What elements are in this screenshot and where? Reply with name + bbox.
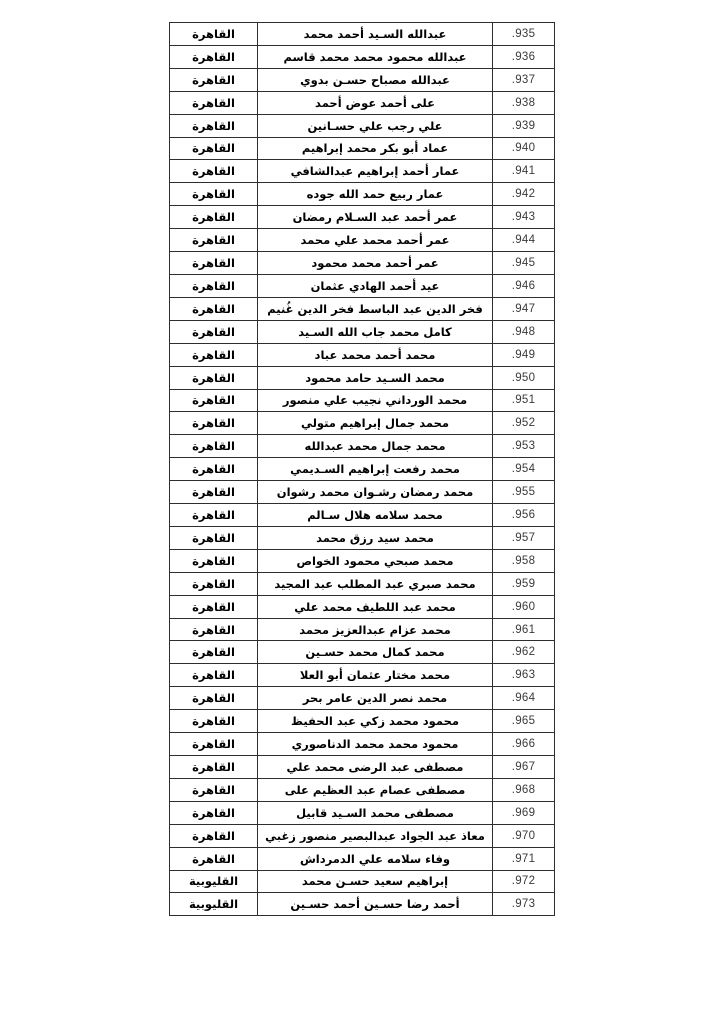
person-name-cell: عبدالله السـيد أحمد محمد [258, 23, 493, 46]
governorate-cell: القاهرة [170, 664, 258, 687]
governorate-cell: القاهرة [170, 274, 258, 297]
serial-number-cell: .936 [493, 45, 555, 68]
document-page: .935 عبدالله السـيد أحمد محمد القاهرة .9… [0, 0, 720, 1018]
table-row: .973 أحمد رضا حسـين أحمد حسـين القليوبية [170, 893, 555, 916]
table-row: .963 محمد مختار عثمان أبو العلا القاهرة [170, 664, 555, 687]
table-row: .945 عمر أحمد محمد محمود القاهرة [170, 252, 555, 275]
serial-number-cell: .952 [493, 412, 555, 435]
table-row: .971 وفاء سلامه علي الدمرداش القاهرة [170, 847, 555, 870]
person-name-cell: عبدالله محمود محمد محمد قاسم [258, 45, 493, 68]
person-name-cell: مصطفى محمد السـيد قابيل [258, 801, 493, 824]
serial-number-cell: .938 [493, 91, 555, 114]
governorate-cell: القاهرة [170, 687, 258, 710]
table-row: .961 محمد عزام عبدالعزيز محمد القاهرة [170, 618, 555, 641]
table-row: .969 مصطفى محمد السـيد قابيل القاهرة [170, 801, 555, 824]
person-name-cell: عيد أحمد الهادي عثمان [258, 274, 493, 297]
governorate-cell: القاهرة [170, 481, 258, 504]
person-name-cell: عبدالله مصباح حسـن بدوي [258, 68, 493, 91]
table-row: .939 علي رجب علي حسـانين القاهرة [170, 114, 555, 137]
table-row: .958 محمد صبحي محمود الخواص القاهرة [170, 549, 555, 572]
table-row: .936 عبدالله محمود محمد محمد قاسم القاهر… [170, 45, 555, 68]
person-name-cell: معاذ عبد الجواد عبدالبصير منصور زغبي [258, 824, 493, 847]
serial-number-cell: .969 [493, 801, 555, 824]
table-row: .937 عبدالله مصباح حسـن بدوي القاهرة [170, 68, 555, 91]
serial-number-cell: .967 [493, 756, 555, 779]
serial-number-cell: .956 [493, 504, 555, 527]
governorate-cell: القاهرة [170, 824, 258, 847]
serial-number-cell: .970 [493, 824, 555, 847]
person-name-cell: وفاء سلامه علي الدمرداش [258, 847, 493, 870]
person-name-cell: محمد مختار عثمان أبو العلا [258, 664, 493, 687]
person-name-cell: محمد رفعت إبراهيم السـديمي [258, 458, 493, 481]
table-row: .935 عبدالله السـيد أحمد محمد القاهرة [170, 23, 555, 46]
governorate-cell: القاهرة [170, 366, 258, 389]
table-row: .964 محمد نصر الدين عامر بحر القاهرة [170, 687, 555, 710]
serial-number-cell: .965 [493, 710, 555, 733]
person-name-cell: محمد الورداني نجيب علي منصور [258, 389, 493, 412]
person-name-cell: عمر أحمد محمد محمود [258, 252, 493, 275]
serial-number-cell: .973 [493, 893, 555, 916]
serial-number-cell: .968 [493, 778, 555, 801]
governorate-cell: القاهرة [170, 847, 258, 870]
governorate-cell: القليوبية [170, 870, 258, 893]
governorate-cell: القاهرة [170, 229, 258, 252]
governorate-cell: القاهرة [170, 595, 258, 618]
table-row: .957 محمد سيد رزق محمد القاهرة [170, 526, 555, 549]
serial-number-cell: .960 [493, 595, 555, 618]
governorate-cell: القاهرة [170, 458, 258, 481]
serial-number-cell: .959 [493, 572, 555, 595]
governorate-cell: القاهرة [170, 710, 258, 733]
person-name-cell: محمود محمد محمد الدناصوري [258, 733, 493, 756]
person-name-cell: محمد جمال إبراهيم متولي [258, 412, 493, 435]
table-row: .965 محمود محمد زكي عبد الحفيظ القاهرة [170, 710, 555, 733]
governorate-cell: القاهرة [170, 297, 258, 320]
governorate-cell: القاهرة [170, 320, 258, 343]
serial-number-cell: .947 [493, 297, 555, 320]
person-name-cell: فخر الدين عبد الباسط فخر الدين غُنيم [258, 297, 493, 320]
table-body: .935 عبدالله السـيد أحمد محمد القاهرة .9… [170, 23, 555, 916]
serial-number-cell: .937 [493, 68, 555, 91]
table-row: .967 مصطفى عبد الرضى محمد علي القاهرة [170, 756, 555, 779]
governorate-cell: القاهرة [170, 252, 258, 275]
serial-number-cell: .964 [493, 687, 555, 710]
person-name-cell: محمد نصر الدين عامر بحر [258, 687, 493, 710]
serial-number-cell: .957 [493, 526, 555, 549]
serial-number-cell: .942 [493, 183, 555, 206]
table-row: .947 فخر الدين عبد الباسط فخر الدين غُني… [170, 297, 555, 320]
person-name-cell: محمد صبحي محمود الخواص [258, 549, 493, 572]
person-name-cell: محمد كمال محمد حسـين [258, 641, 493, 664]
serial-number-cell: .953 [493, 435, 555, 458]
table-row: .948 كامل محمد جاب الله السـيد القاهرة [170, 320, 555, 343]
serial-number-cell: .944 [493, 229, 555, 252]
person-name-cell: على أحمد عوض أحمد [258, 91, 493, 114]
person-name-cell: محمد السـيد حامد محمود [258, 366, 493, 389]
person-name-cell: مصطفى عبد الرضى محمد علي [258, 756, 493, 779]
person-name-cell: مصطفى عصام عبد العظيم على [258, 778, 493, 801]
person-name-cell: محمد جمال محمد عبدالله [258, 435, 493, 458]
person-name-cell: محمد رمضان رشـوان محمد رشوان [258, 481, 493, 504]
table-row: .950 محمد السـيد حامد محمود القاهرة [170, 366, 555, 389]
governorate-cell: القليوبية [170, 893, 258, 916]
person-name-cell: محمد صبري عبد المطلب عبد المجيد [258, 572, 493, 595]
serial-number-cell: .941 [493, 160, 555, 183]
serial-number-cell: .958 [493, 549, 555, 572]
person-name-cell: كامل محمد جاب الله السـيد [258, 320, 493, 343]
table-row: .946 عيد أحمد الهادي عثمان القاهرة [170, 274, 555, 297]
serial-number-cell: .955 [493, 481, 555, 504]
person-name-cell: أحمد رضا حسـين أحمد حسـين [258, 893, 493, 916]
governorate-cell: القاهرة [170, 618, 258, 641]
person-name-cell: محمد عبد اللطيف محمد علي [258, 595, 493, 618]
serial-number-cell: .950 [493, 366, 555, 389]
governorate-cell: القاهرة [170, 343, 258, 366]
serial-number-cell: .962 [493, 641, 555, 664]
governorate-cell: القاهرة [170, 183, 258, 206]
serial-number-cell: .940 [493, 137, 555, 160]
serial-number-cell: .935 [493, 23, 555, 46]
governorate-cell: القاهرة [170, 572, 258, 595]
serial-number-cell: .943 [493, 206, 555, 229]
person-name-cell: محمود محمد زكي عبد الحفيظ [258, 710, 493, 733]
table-row: .959 محمد صبري عبد المطلب عبد المجيد الق… [170, 572, 555, 595]
governorate-cell: القاهرة [170, 206, 258, 229]
governorate-cell: القاهرة [170, 435, 258, 458]
serial-number-cell: .971 [493, 847, 555, 870]
governorate-cell: القاهرة [170, 45, 258, 68]
table-row: .951 محمد الورداني نجيب علي منصور القاهر… [170, 389, 555, 412]
governorate-cell: القاهرة [170, 733, 258, 756]
serial-number-cell: .966 [493, 733, 555, 756]
serial-number-cell: .951 [493, 389, 555, 412]
person-name-cell: عمر أحمد محمد علي محمد [258, 229, 493, 252]
governorate-cell: القاهرة [170, 801, 258, 824]
names-roster-table: .935 عبدالله السـيد أحمد محمد القاهرة .9… [169, 22, 555, 916]
table-row: .938 على أحمد عوض أحمد القاهرة [170, 91, 555, 114]
governorate-cell: القاهرة [170, 412, 258, 435]
table-row: .960 محمد عبد اللطيف محمد علي القاهرة [170, 595, 555, 618]
table-row: .970 معاذ عبد الجواد عبدالبصير منصور زغب… [170, 824, 555, 847]
serial-number-cell: .972 [493, 870, 555, 893]
governorate-cell: القاهرة [170, 549, 258, 572]
person-name-cell: محمد أحمد محمد عباد [258, 343, 493, 366]
serial-number-cell: .948 [493, 320, 555, 343]
governorate-cell: القاهرة [170, 23, 258, 46]
governorate-cell: القاهرة [170, 778, 258, 801]
governorate-cell: القاهرة [170, 504, 258, 527]
governorate-cell: القاهرة [170, 756, 258, 779]
person-name-cell: محمد عزام عبدالعزيز محمد [258, 618, 493, 641]
person-name-cell: عمر أحمد عبد السـلام رمضان [258, 206, 493, 229]
table-row: .940 عماد أبو بكر محمد إبراهيم القاهرة [170, 137, 555, 160]
serial-number-cell: .946 [493, 274, 555, 297]
governorate-cell: القاهرة [170, 91, 258, 114]
serial-number-cell: .963 [493, 664, 555, 687]
table-row: .944 عمر أحمد محمد علي محمد القاهرة [170, 229, 555, 252]
person-name-cell: محمد سيد رزق محمد [258, 526, 493, 549]
person-name-cell: علي رجب علي حسـانين [258, 114, 493, 137]
governorate-cell: القاهرة [170, 68, 258, 91]
table-row: .966 محمود محمد محمد الدناصوري القاهرة [170, 733, 555, 756]
person-name-cell: محمد سلامه هلال سـالم [258, 504, 493, 527]
person-name-cell: إبراهيم سعيد حسـن محمد [258, 870, 493, 893]
governorate-cell: القاهرة [170, 114, 258, 137]
table-row: .955 محمد رمضان رشـوان محمد رشوان القاهر… [170, 481, 555, 504]
table-row: .949 محمد أحمد محمد عباد القاهرة [170, 343, 555, 366]
table-row: .941 عمار أحمد إبراهيم عبدالشافي القاهرة [170, 160, 555, 183]
table-row: .942 عمار ربيع حمد الله جوده القاهرة [170, 183, 555, 206]
serial-number-cell: .961 [493, 618, 555, 641]
table-row: .952 محمد جمال إبراهيم متولي القاهرة [170, 412, 555, 435]
person-name-cell: عمار أحمد إبراهيم عبدالشافي [258, 160, 493, 183]
governorate-cell: القاهرة [170, 641, 258, 664]
person-name-cell: عماد أبو بكر محمد إبراهيم [258, 137, 493, 160]
table-row: .972 إبراهيم سعيد حسـن محمد القليوبية [170, 870, 555, 893]
governorate-cell: القاهرة [170, 137, 258, 160]
governorate-cell: القاهرة [170, 389, 258, 412]
governorate-cell: القاهرة [170, 160, 258, 183]
table-row: .943 عمر أحمد عبد السـلام رمضان القاهرة [170, 206, 555, 229]
table-row: .968 مصطفى عصام عبد العظيم على القاهرة [170, 778, 555, 801]
serial-number-cell: .954 [493, 458, 555, 481]
table-row: .962 محمد كمال محمد حسـين القاهرة [170, 641, 555, 664]
table-row: .953 محمد جمال محمد عبدالله القاهرة [170, 435, 555, 458]
person-name-cell: عمار ربيع حمد الله جوده [258, 183, 493, 206]
serial-number-cell: .949 [493, 343, 555, 366]
serial-number-cell: .945 [493, 252, 555, 275]
governorate-cell: القاهرة [170, 526, 258, 549]
table-row: .954 محمد رفعت إبراهيم السـديمي القاهرة [170, 458, 555, 481]
serial-number-cell: .939 [493, 114, 555, 137]
table-row: .956 محمد سلامه هلال سـالم القاهرة [170, 504, 555, 527]
